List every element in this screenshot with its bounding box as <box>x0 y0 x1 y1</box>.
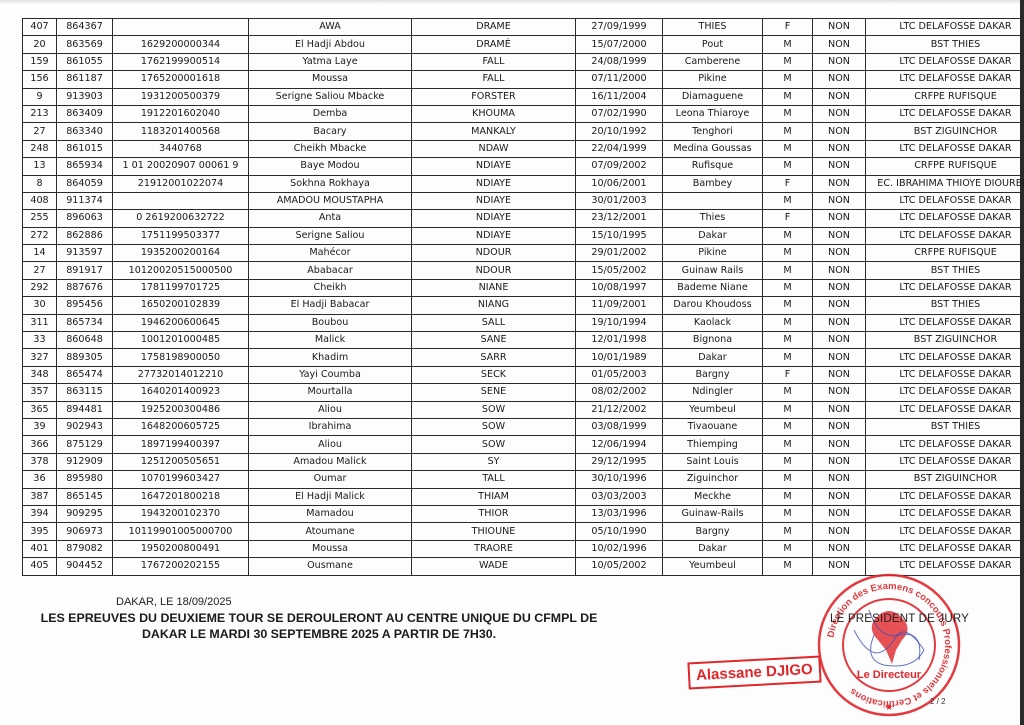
cell-institution: BST ZIGUINCHOR <box>866 123 1024 140</box>
cell-table-number: 863569 <box>57 36 113 53</box>
signatory-name-stamp: Alassane DJIGO <box>687 656 821 690</box>
cell-rank: 156 <box>23 71 57 88</box>
cell-first-name: Yayi Coumba <box>249 366 412 383</box>
cell-rank: 36 <box>23 471 57 488</box>
cell-birth-date: 05/10/1990 <box>576 523 663 540</box>
cell-birth-place: Ziguinchor <box>663 471 763 488</box>
cell-table-number: 861187 <box>57 71 113 88</box>
cell-sex: M <box>763 488 813 505</box>
cell-institution: BST THIES <box>866 36 1024 53</box>
cell-institution: CRFPE RUFISQUE <box>866 158 1024 175</box>
cell-last-name: SALL <box>412 314 576 331</box>
cell-rank: 327 <box>23 349 57 366</box>
cell-birth-place: Tenghori <box>663 123 763 140</box>
cell-birth-place: Bambey <box>663 175 763 192</box>
cell-handicap: NON <box>813 105 866 122</box>
cell-handicap: NON <box>813 540 866 557</box>
cell-sex: F <box>763 175 813 192</box>
cell-birth-place: Yeumbeul <box>663 401 763 418</box>
table-row: 2928876761781199701725CheikhNIANE10/08/1… <box>23 279 1024 296</box>
cell-rank: 378 <box>23 453 57 470</box>
cell-first-name: AWA <box>249 19 412 36</box>
cell-birth-place: Guinaw Rails <box>663 262 763 279</box>
cell-handicap: NON <box>813 245 866 262</box>
cell-table-number: 896063 <box>57 210 113 227</box>
cell-sex: M <box>763 453 813 470</box>
cell-institution: LTC DELAFOSSE DAKAR <box>866 384 1024 401</box>
cell-table-number: 863409 <box>57 105 113 122</box>
cell-id-number: 10119901005000700 <box>113 523 249 540</box>
cell-last-name: MANKALY <box>412 123 576 140</box>
cell-last-name: TRAORE <box>412 540 576 557</box>
table-row: 3668751291897199400397AliouSOW12/06/1994… <box>23 436 1024 453</box>
cell-handicap: NON <box>813 314 866 331</box>
cell-handicap: NON <box>813 349 866 366</box>
cell-last-name: SARR <box>412 349 576 366</box>
table-row: 1598610551762199900514Yatma LayeFALL24/0… <box>23 53 1024 70</box>
cell-birth-date: 03/08/1999 <box>576 418 663 435</box>
cell-rank: 366 <box>23 436 57 453</box>
cell-birth-date: 29/12/1995 <box>576 453 663 470</box>
cell-handicap: NON <box>813 210 866 227</box>
cell-first-name: Mamadou <box>249 505 412 522</box>
cell-birth-place: Ndingler <box>663 384 763 401</box>
cell-birth-date: 15/10/1995 <box>576 227 663 244</box>
cell-rank: 20 <box>23 36 57 53</box>
table-row: 1568611871765200001618MoussaFALL07/11/20… <box>23 71 1024 88</box>
cell-institution: LTC DELAFOSSE DAKAR <box>866 505 1024 522</box>
cell-id-number: 1070199603427 <box>113 471 249 488</box>
cell-last-name: SECK <box>412 366 576 383</box>
cell-sex: M <box>763 314 813 331</box>
cell-institution: BST THIES <box>866 262 1024 279</box>
cell-rank: 30 <box>23 297 57 314</box>
cell-last-name: NDIAYE <box>412 175 576 192</box>
cell-last-name: SENE <box>412 384 576 401</box>
cell-birth-date: 11/09/2001 <box>576 297 663 314</box>
cell-birth-place: Meckhe <box>663 488 763 505</box>
cell-birth-place: Darou Khoudoss <box>663 297 763 314</box>
cell-first-name: Moussa <box>249 71 412 88</box>
cell-sex: M <box>763 401 813 418</box>
cell-birth-date: 22/04/1999 <box>576 140 663 157</box>
cell-institution: LTC DELAFOSSE DAKAR <box>866 140 1024 157</box>
cell-sex: M <box>763 105 813 122</box>
table-row: 278633401183201400568BacaryMANKALY20/10/… <box>23 123 1024 140</box>
cell-institution: BST THIES <box>866 297 1024 314</box>
cell-rank: 348 <box>23 366 57 383</box>
cell-last-name: SANE <box>412 332 576 349</box>
cell-id-number: 21912001022074 <box>113 175 249 192</box>
cell-first-name: Amadou Malick <box>249 453 412 470</box>
svg-text:★: ★ <box>885 702 893 712</box>
cell-sex: M <box>763 53 813 70</box>
cell-first-name: Mourtalla <box>249 384 412 401</box>
cell-id-number: 1950200800491 <box>113 540 249 557</box>
cell-id-number: 1762199900514 <box>113 53 249 70</box>
cell-handicap: NON <box>813 471 866 488</box>
cell-birth-date: 12/06/1994 <box>576 436 663 453</box>
cell-birth-date: 20/10/1992 <box>576 123 663 140</box>
cell-rank: 27 <box>23 262 57 279</box>
cell-first-name: Khadim <box>249 349 412 366</box>
table-row: 338606481001201000485MalickSANE12/01/199… <box>23 332 1024 349</box>
exam-notice: LES EPREUVES DU DEUXIEME TOUR SE DEROULE… <box>14 610 624 642</box>
cell-rank: 394 <box>23 505 57 522</box>
cell-institution: LTC DELAFOSSE DAKAR <box>866 436 1024 453</box>
cell-birth-date: 30/01/2003 <box>576 192 663 209</box>
cell-sex: M <box>763 471 813 488</box>
table-row: 3878651451647201800218El Hadji MalickTHI… <box>23 488 1024 505</box>
cell-table-number: 906973 <box>57 523 113 540</box>
cell-handicap: NON <box>813 192 866 209</box>
cell-rank: 13 <box>23 158 57 175</box>
cell-sex: M <box>763 418 813 435</box>
cell-id-number: 1935200200164 <box>113 245 249 262</box>
table-row: 2789191710120020515000500AbabacarNDOUR15… <box>23 262 1024 279</box>
cell-table-number: 864059 <box>57 175 113 192</box>
cell-sex: M <box>763 88 813 105</box>
cell-birth-place: Bargny <box>663 523 763 540</box>
cell-table-number: 913597 <box>57 245 113 262</box>
seal-inner-text: Le Directeur <box>857 669 922 681</box>
cell-id-number: 0 2619200632722 <box>113 210 249 227</box>
table-row: 2728628861751199503377Serigne SaliouNDIA… <box>23 227 1024 244</box>
cell-first-name: Ababacar <box>249 262 412 279</box>
cell-handicap: NON <box>813 123 866 140</box>
cell-table-number: 913903 <box>57 88 113 105</box>
cell-birth-date: 01/05/2003 <box>576 366 663 383</box>
table-row: 3118657341946200600645BoubouSALL19/10/19… <box>23 314 1024 331</box>
cell-birth-place: Bargny <box>663 366 763 383</box>
cell-birth-place <box>663 192 763 209</box>
cell-birth-place: Dakar <box>663 349 763 366</box>
cell-table-number: 860648 <box>57 332 113 349</box>
cell-institution: LTC DELAFOSSE DAKAR <box>866 366 1024 383</box>
cell-birth-place: Pikine <box>663 245 763 262</box>
cell-institution: CRFPE RUFISQUE <box>866 88 1024 105</box>
cell-table-number: 895456 <box>57 297 113 314</box>
cell-rank: 8 <box>23 175 57 192</box>
cell-institution: LTC DELAFOSSE DAKAR <box>866 210 1024 227</box>
cell-table-number: 904452 <box>57 558 113 575</box>
cell-id-number: 10120020515000500 <box>113 262 249 279</box>
cell-birth-place: Tivaouane <box>663 418 763 435</box>
cell-birth-place: Dakar <box>663 540 763 557</box>
cell-rank: 27 <box>23 123 57 140</box>
cell-table-number: 912909 <box>57 453 113 470</box>
cell-handicap: NON <box>813 505 866 522</box>
table-row: 308954561650200102839El Hadji BabacarNIA… <box>23 297 1024 314</box>
cell-table-number: 864367 <box>57 19 113 36</box>
cell-first-name: Moussa <box>249 540 412 557</box>
cell-sex: F <box>763 210 813 227</box>
cell-sex: M <box>763 192 813 209</box>
cell-last-name: NDOUR <box>412 262 576 279</box>
table-row: 99139031931200500379Serigne Saliou Mback… <box>23 88 1024 105</box>
cell-institution: LTC DELAFOSSE DAKAR <box>866 227 1024 244</box>
cell-handicap: NON <box>813 88 866 105</box>
cell-birth-date: 07/11/2000 <box>576 71 663 88</box>
cell-birth-date: 03/03/2003 <box>576 488 663 505</box>
table-row: 3789129091251200505651Amadou MalickSY29/… <box>23 453 1024 470</box>
cell-id-number: 1183201400568 <box>113 123 249 140</box>
cell-first-name: Demba <box>249 105 412 122</box>
cell-birth-place: Yeumbeul <box>663 558 763 575</box>
cell-sex: M <box>763 245 813 262</box>
cell-rank: 159 <box>23 53 57 70</box>
cell-institution: EC. IBRAHIMA THIOYE DIOURBEL <box>866 175 1024 192</box>
cell-handicap: NON <box>813 262 866 279</box>
cell-institution: CRFPE RUFISQUE <box>866 245 1024 262</box>
cell-id-number: 1912201602040 <box>113 105 249 122</box>
cell-sex: M <box>763 140 813 157</box>
cell-last-name: FALL <box>412 71 576 88</box>
scan-top-shadow <box>0 0 1024 4</box>
cell-last-name: SOW <box>412 436 576 453</box>
cell-id-number: 1925200300486 <box>113 401 249 418</box>
cell-handicap: NON <box>813 453 866 470</box>
cell-first-name: Anta <box>249 210 412 227</box>
cell-birth-date: 23/12/2001 <box>576 210 663 227</box>
cell-first-name: Malick <box>249 332 412 349</box>
cell-table-number: 894481 <box>57 401 113 418</box>
cell-table-number: 865474 <box>57 366 113 383</box>
cell-birth-date: 15/07/2000 <box>576 36 663 53</box>
cell-last-name: KHOUMA <box>412 105 576 122</box>
cell-id-number: 1931200500379 <box>113 88 249 105</box>
cell-rank: 9 <box>23 88 57 105</box>
cell-institution: LTC DELAFOSSE DAKAR <box>866 540 1024 557</box>
cell-first-name: Yatma Laye <box>249 53 412 70</box>
cell-sex: F <box>763 366 813 383</box>
cell-last-name: NDIAYE <box>412 192 576 209</box>
notice-line-1: LES EPREUVES DU DEUXIEME TOUR SE DEROULE… <box>14 610 624 626</box>
cell-birth-date: 07/09/2002 <box>576 158 663 175</box>
cell-last-name: SOW <box>412 401 576 418</box>
results-table-body: 407864367AWADRAME27/09/1999THIESFNONLTC … <box>23 19 1024 576</box>
cell-birth-place: Rufisque <box>663 158 763 175</box>
cell-birth-date: 15/05/2002 <box>576 262 663 279</box>
cell-rank: 33 <box>23 332 57 349</box>
cell-sex: M <box>763 279 813 296</box>
cell-table-number: 861015 <box>57 140 113 157</box>
cell-institution: LTC DELAFOSSE DAKAR <box>866 401 1024 418</box>
cell-first-name: Serigne Saliou Mbacke <box>249 88 412 105</box>
cell-handicap: NON <box>813 140 866 157</box>
cell-handicap: NON <box>813 175 866 192</box>
date-line: DAKAR, LE 18/09/2025 <box>116 596 232 608</box>
cell-id-number: 1751199503377 <box>113 227 249 244</box>
cell-rank: 405 <box>23 558 57 575</box>
cell-sex: M <box>763 436 813 453</box>
cell-handicap: NON <box>813 53 866 70</box>
cell-handicap: NON <box>813 297 866 314</box>
table-row: 2488610153440768Cheikh MbackeNDAW22/04/1… <box>23 140 1024 157</box>
cell-table-number: 911374 <box>57 192 113 209</box>
cell-birth-place: Bignona <box>663 332 763 349</box>
cell-table-number: 865934 <box>57 158 113 175</box>
cell-first-name: El Hadji Abdou <box>249 36 412 53</box>
cell-first-name: Baye Modou <box>249 158 412 175</box>
cell-table-number: 861055 <box>57 53 113 70</box>
cell-institution: LTC DELAFOSSE DAKAR <box>866 192 1024 209</box>
cell-id-number: 1897199400397 <box>113 436 249 453</box>
results-table: 407864367AWADRAME27/09/1999THIESFNONLTC … <box>22 18 1024 576</box>
cell-id-number: 1629200000344 <box>113 36 249 53</box>
cell-id-number: 1647201800218 <box>113 488 249 505</box>
table-row: 3278893051758198900050KhadimSARR10/01/19… <box>23 349 1024 366</box>
cell-birth-date: 21/12/2002 <box>576 401 663 418</box>
cell-institution: LTC DELAFOSSE DAKAR <box>866 453 1024 470</box>
cell-institution: LTC DELAFOSSE DAKAR <box>866 53 1024 70</box>
cell-last-name: SY <box>412 453 576 470</box>
cell-birth-date: 10/06/2001 <box>576 175 663 192</box>
cell-handicap: NON <box>813 36 866 53</box>
cell-last-name: NIANE <box>412 279 576 296</box>
cell-last-name: DRAME <box>412 19 576 36</box>
cell-birth-date: 13/03/1996 <box>576 505 663 522</box>
cell-handicap: NON <box>813 523 866 540</box>
cell-last-name: NDIAYE <box>412 227 576 244</box>
cell-birth-place: Kaolack <box>663 314 763 331</box>
cell-first-name: Cheikh Mbacke <box>249 140 412 157</box>
cell-sex: M <box>763 523 813 540</box>
cell-last-name: FALL <box>412 53 576 70</box>
cell-id-number: 3440768 <box>113 140 249 157</box>
cell-sex: M <box>763 349 813 366</box>
cell-id-number: 1943200102370 <box>113 505 249 522</box>
cell-first-name: Cheikh <box>249 279 412 296</box>
table-row: 39590697310119901005000700AtoumaneTHIOUN… <box>23 523 1024 540</box>
cell-rank: 407 <box>23 19 57 36</box>
cell-id-number <box>113 19 249 36</box>
cell-last-name: NDAW <box>412 140 576 157</box>
cell-birth-date: 27/09/1999 <box>576 19 663 36</box>
cell-first-name: Bacary <box>249 123 412 140</box>
cell-rank: 365 <box>23 401 57 418</box>
cell-rank: 14 <box>23 245 57 262</box>
cell-birth-date: 16/11/2004 <box>576 88 663 105</box>
cell-institution: LTC DELAFOSSE DAKAR <box>866 314 1024 331</box>
cell-birth-date: 08/02/2002 <box>576 384 663 401</box>
cell-birth-date: 07/02/1990 <box>576 105 663 122</box>
cell-handicap: NON <box>813 418 866 435</box>
cell-rank: 387 <box>23 488 57 505</box>
cell-birth-place: Diamaguene <box>663 88 763 105</box>
cell-id-number: 1 01 20020907 00061 9 <box>113 158 249 175</box>
cell-birth-place: Pikine <box>663 71 763 88</box>
page-number: 2 / 2 <box>930 697 946 706</box>
cell-first-name: Atoumane <box>249 523 412 540</box>
cell-rank: 408 <box>23 192 57 209</box>
cell-sex: M <box>763 558 813 575</box>
cell-birth-place: Saint Louis <box>663 453 763 470</box>
cell-last-name: NIANG <box>412 297 576 314</box>
cell-birth-date: 10/05/2002 <box>576 558 663 575</box>
cell-rank: 395 <box>23 523 57 540</box>
cell-birth-place: Thies <box>663 210 763 227</box>
cell-birth-date: 19/10/1994 <box>576 314 663 331</box>
cell-last-name: WADE <box>412 558 576 575</box>
cell-birth-place: Pout <box>663 36 763 53</box>
table-row: 208635691629200000344El Hadji AbdouDRAMÉ… <box>23 36 1024 53</box>
cell-sex: M <box>763 540 813 557</box>
cell-handicap: NON <box>813 401 866 418</box>
table-row: 368959801070199603427OumarTALL30/10/1996… <box>23 471 1024 488</box>
cell-id-number: 1765200001618 <box>113 71 249 88</box>
cell-sex: M <box>763 297 813 314</box>
cell-rank: 401 <box>23 540 57 557</box>
cell-institution: LTC DELAFOSSE DAKAR <box>866 349 1024 366</box>
cell-table-number: 863340 <box>57 123 113 140</box>
cell-institution: BST THIES <box>866 418 1024 435</box>
cell-table-number: 865734 <box>57 314 113 331</box>
cell-birth-place: Camberene <box>663 53 763 70</box>
cell-table-number: 865145 <box>57 488 113 505</box>
cell-last-name: TALL <box>412 471 576 488</box>
cell-handicap: NON <box>813 332 866 349</box>
table-row: 2138634091912201602040DembaKHOUMA07/02/1… <box>23 105 1024 122</box>
cell-handicap: NON <box>813 227 866 244</box>
cell-birth-date: 10/01/1989 <box>576 349 663 366</box>
cell-table-number: 863115 <box>57 384 113 401</box>
cell-sex: M <box>763 262 813 279</box>
cell-birth-place: THIES <box>663 19 763 36</box>
table-row: 3578631151640201400923MourtallaSENE08/02… <box>23 384 1024 401</box>
cell-handicap: NON <box>813 158 866 175</box>
cell-sex: M <box>763 384 813 401</box>
cell-rank: 248 <box>23 140 57 157</box>
cell-sex: F <box>763 19 813 36</box>
cell-first-name: Serigne Saliou <box>249 227 412 244</box>
cell-sex: M <box>763 227 813 244</box>
cell-birth-place: Dakar <box>663 227 763 244</box>
cell-first-name: Ibrahima <box>249 418 412 435</box>
cell-institution: BST ZIGUINCHOR <box>866 471 1024 488</box>
cell-institution: LTC DELAFOSSE DAKAR <box>866 488 1024 505</box>
cell-institution: LTC DELAFOSSE DAKAR <box>866 279 1024 296</box>
cell-last-name: FORSTER <box>412 88 576 105</box>
cell-sex: M <box>763 505 813 522</box>
cell-birth-date: 24/08/1999 <box>576 53 663 70</box>
cell-table-number: 887676 <box>57 279 113 296</box>
jury-president-label: LE PRESIDENT DE JURY <box>830 613 969 625</box>
cell-sex: M <box>763 123 813 140</box>
cell-rank: 357 <box>23 384 57 401</box>
cell-last-name: NDIAYE <box>412 158 576 175</box>
cell-last-name: SOW <box>412 418 576 435</box>
cell-last-name: NDIAYE <box>412 210 576 227</box>
cell-last-name: THIOUNE <box>412 523 576 540</box>
cell-handicap: NON <box>813 279 866 296</box>
cell-birth-date: 10/08/1997 <box>576 279 663 296</box>
cell-handicap: NON <box>813 71 866 88</box>
cell-sex: M <box>763 36 813 53</box>
cell-rank: 213 <box>23 105 57 122</box>
table-row: 2558960630 2619200632722AntaNDIAYE23/12/… <box>23 210 1024 227</box>
table-row: 149135971935200200164MahécorNDOUR29/01/2… <box>23 245 1024 262</box>
table-row: 407864367AWADRAME27/09/1999THIESFNONLTC … <box>23 19 1024 36</box>
cell-birth-date: 12/01/1998 <box>576 332 663 349</box>
cell-handicap: NON <box>813 384 866 401</box>
table-row: 399029431648200605725IbrahimaSOW03/08/19… <box>23 418 1024 435</box>
cell-first-name: Boubou <box>249 314 412 331</box>
cell-id-number: 1767200202155 <box>113 558 249 575</box>
cell-id-number: 1640201400923 <box>113 384 249 401</box>
cell-rank: 255 <box>23 210 57 227</box>
cell-table-number: 875129 <box>57 436 113 453</box>
